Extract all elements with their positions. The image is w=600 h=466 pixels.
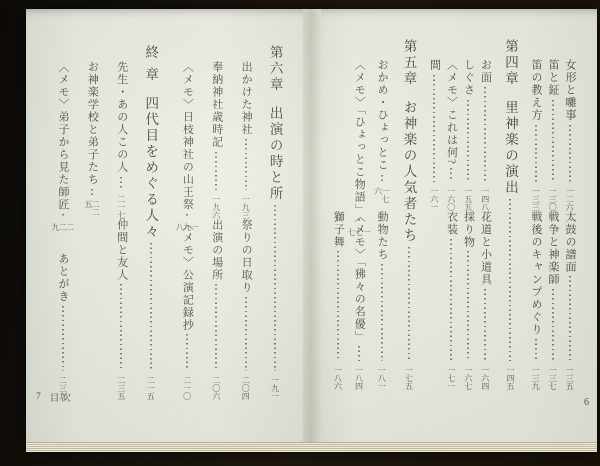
entry-title: 戦後のキャンプめぐり — [530, 211, 541, 336]
toc-column: 〈メモ〉弟子から見た師匠二二九あとがき二三九 — [52, 45, 73, 400]
right-page: 女形と囃事一二六太鼓の譜面一三五笛と鉦一三〇戦争と神楽師一三七笛の教え方一三三戦… — [321, 9, 598, 442]
entry-title: 間 — [429, 59, 440, 72]
toc-entry: あとがき二三九 — [52, 219, 73, 400]
toc-entry: 出かけた神社一九三 — [235, 45, 256, 219]
toc-entry: 奉納神社歳時記一九六 — [206, 45, 227, 219]
toc-entry: 〈メモ〉「狒々の名優」一八四 — [349, 211, 368, 390]
toc-entry: 〈メモ〉これは何?一六〇 — [446, 39, 457, 211]
chapter-label: 第六章 — [268, 45, 282, 93]
page-number: 一四八 — [481, 185, 488, 211]
page-number: 二〇四 — [242, 374, 249, 400]
toc-column: お神楽学校と弟子たち二二五 — [81, 45, 102, 400]
entry-title: 里神楽の演出 — [504, 100, 518, 196]
toc-column: 笛の教え方一三三戦後のキャンプめぐり一三九 — [530, 39, 541, 390]
upper-row: 女形と囃事一二六 — [564, 39, 575, 211]
leader-dots — [120, 284, 122, 371]
book-spread: 第六章出演の時と所一九一出かけた神社一九三祭りの日取り二〇四奉納神社歳時記一九六… — [26, 9, 597, 452]
running-head: 目次 — [50, 390, 73, 404]
entry-title: 出演の場所 — [211, 219, 222, 282]
page-number: 二三五 — [118, 374, 125, 400]
leader-dots — [552, 289, 554, 361]
upper-row: 〈メモ〉「ひょっとこ物語」一七七 — [349, 39, 368, 211]
page-number: 一三五 — [566, 364, 573, 390]
entry-title: 笛と鉦 — [547, 59, 558, 97]
lower-row: 祭りの日取り二〇四 — [235, 219, 256, 400]
leader-dots — [433, 75, 435, 182]
chapter-heading: 第五章お神楽の人気者たち一七五 — [402, 39, 416, 390]
page-number: 一三七 — [549, 364, 556, 390]
upper-row: 先生・あの人この人二一七 — [111, 45, 132, 219]
chapter-heading: 第六章出演の時と所一九一 — [264, 45, 285, 400]
leader-dots — [62, 306, 64, 371]
entry-title: 採り物 — [463, 211, 474, 249]
chapter-column: 第六章出演の時と所一九一 — [264, 45, 285, 400]
entry-title: 花道と小道具 — [480, 211, 491, 286]
page-edges — [26, 442, 597, 452]
toc-entry: 笛の教え方一三三 — [530, 39, 541, 211]
entry-title: 女形と囃事 — [564, 59, 575, 122]
entry-title: 〈メモ〉公演記録抄 — [181, 219, 192, 332]
toc-column: 獅子舞一八六 — [332, 39, 343, 390]
toc-column: 間一六一 — [429, 39, 440, 390]
upper-row: 〈メモ〉弟子から見た師匠二二九 — [52, 45, 73, 219]
entry-title: 出演の時と所 — [268, 106, 282, 202]
entry-title: 先生・あの人この人 — [116, 61, 127, 174]
entry-title: 〈メモ〉弟子から見た師匠 — [57, 61, 68, 211]
toc-entry: 太鼓の譜面一三五 — [564, 211, 575, 390]
toc-entry: 花道と小道具一六四 — [480, 211, 491, 390]
toc-entry: 〈メモ〉「ひょっとこ物語」一七七 — [349, 39, 368, 211]
entry-title: 太鼓の譜面 — [564, 211, 575, 274]
book-gutter — [303, 9, 321, 442]
toc-entry: 獅子舞一八六 — [332, 211, 343, 390]
page-number: 一九三 — [242, 193, 249, 219]
entry-title: 衣装 — [446, 211, 457, 236]
leader-dots — [569, 125, 571, 182]
leader-dots — [120, 177, 122, 190]
page-number: 一五五 — [464, 185, 471, 211]
toc-entry: お神楽学校と弟子たち二二五 — [81, 45, 102, 219]
page-number: 一九六 — [213, 193, 220, 219]
leader-dots — [91, 189, 93, 195]
leader-dots — [62, 214, 64, 218]
toc-entry: 女形と囃事一二六 — [564, 39, 575, 211]
page-number: 一八四 — [355, 364, 362, 390]
page-number: 二一五 — [147, 374, 154, 400]
leader-dots — [186, 334, 188, 371]
upper-row: 笛と鉦一三〇 — [547, 39, 558, 211]
toc-entry: 動物たち一八一 — [374, 211, 389, 390]
upper-row: 〈メモ〉これは何?一六〇 — [446, 39, 457, 211]
leader-dots — [509, 199, 511, 361]
book-photo: 第六章出演の時と所一九一出かけた神社一九三祭りの日取り二〇四奉納神社歳時記一九六… — [0, 0, 600, 466]
lower-row: 衣装一七一 — [446, 211, 457, 390]
toc-entry: 間一六一 — [429, 39, 440, 211]
toc-column: 〈メモ〉日枝神社の山王祭一九八〈メモ〉公演記録抄二一〇 — [176, 45, 197, 400]
folio-number: 6 — [584, 397, 589, 408]
page-number: 一七六 — [374, 185, 389, 211]
entry-title: 〈メモ〉「狒々の名優」 — [353, 211, 364, 343]
leader-dots — [358, 346, 360, 361]
leader-dots — [274, 205, 276, 371]
entry-title: 戦争と神楽師 — [547, 211, 558, 286]
page-number: 一六四 — [481, 364, 488, 390]
lower-row: 採り物一六七 — [463, 211, 474, 390]
lower-row: 獅子舞一八六 — [332, 211, 343, 390]
page-number: 一七五 — [405, 364, 412, 390]
open-pages: 第六章出演の時と所一九一出かけた神社一九三祭りの日取り二〇四奉納神社歳時記一九六… — [26, 9, 597, 442]
upper-row: 〈メモ〉日枝神社の山王祭一九八 — [176, 45, 197, 219]
toc-entry: 戦後のキャンプめぐり一三九 — [530, 211, 541, 390]
lower-row: 戦後のキャンプめぐり一三九 — [530, 211, 541, 390]
chapter-heading: 第四章里神楽の演出一四五 — [504, 39, 518, 390]
toc-entry: しぐさ一五五 — [463, 39, 474, 211]
toc-entry: 〈メモ〉公演記録抄二一〇 — [176, 219, 197, 400]
page-number: 一三九 — [532, 364, 539, 390]
entry-title: 四代目をめぐる人々 — [144, 96, 158, 240]
lower-row: 動物たち一八一 — [374, 211, 389, 390]
lower-row: 〈メモ〉公演記録抄二一〇 — [176, 219, 197, 400]
chapter-label: 第四章 — [504, 39, 518, 87]
entry-title: 笛の教え方 — [530, 59, 541, 122]
lower-row: 戦争と神楽師一三七 — [547, 211, 558, 390]
lower-row — [429, 211, 440, 390]
leader-dots — [484, 289, 486, 361]
leader-dots — [467, 251, 469, 361]
leader-dots — [467, 100, 469, 182]
upper-row: 奉納神社歳時記一九六 — [206, 45, 227, 219]
page-number: 一六七 — [464, 364, 471, 390]
page-number: 二一〇 — [183, 374, 190, 400]
upper-row: おかめ・ひょっとこ一七六 — [374, 39, 389, 211]
toc-column: 〈メモ〉「ひょっとこ物語」一七七〈メモ〉「狒々の名優」一八四 — [349, 39, 368, 390]
upper-row: 出かけた神社一九三 — [235, 45, 256, 219]
leader-dots — [535, 125, 537, 182]
upper-row: お面一四八 — [480, 39, 491, 211]
toc-entry: 笛と鉦一三〇 — [547, 39, 558, 211]
chapter-column: 第四章里神楽の演出一四五 — [504, 39, 518, 390]
left-page-footer: 7 目次 — [36, 390, 73, 404]
lower-row: 出演の場所二〇六 — [206, 219, 227, 400]
leader-dots — [484, 87, 486, 182]
page-number: 一六〇 — [447, 185, 454, 211]
page-number: 一三〇 — [549, 185, 556, 211]
toc-entry — [332, 39, 343, 211]
entry-title: 奉納神社歳時記 — [211, 61, 222, 149]
lower-row — [81, 219, 102, 400]
leader-dots — [215, 284, 217, 371]
entry-title: おかめ・ひょっとこ — [376, 59, 387, 172]
leader-dots — [186, 214, 188, 218]
lower-row: 仲間と友人二三五 — [111, 219, 132, 400]
entry-title: 仲間と友人 — [116, 219, 127, 282]
leader-dots — [408, 247, 410, 361]
page-number: 一二六 — [566, 185, 573, 211]
page-number: 一四五 — [507, 364, 514, 390]
page-number: 二一七 — [118, 193, 125, 219]
right-page-toc: 女形と囃事一二六太鼓の譜面一三五笛と鉦一三〇戦争と神楽師一三七笛の教え方一三三戦… — [331, 39, 576, 390]
toc-column: 笛と鉦一三〇戦争と神楽師一三七 — [547, 39, 558, 390]
upper-row — [332, 39, 343, 211]
leader-dots — [337, 251, 339, 361]
page-number: 一九一 — [271, 374, 278, 400]
toc-entry: おかめ・ひょっとこ一七六 — [374, 39, 389, 211]
entry-title: 〈メモ〉「ひょっとこ物語」 — [353, 59, 364, 216]
page-number: 一八一 — [378, 364, 385, 390]
entry-title: 祭りの日取り — [240, 219, 251, 294]
page-number: 二二五 — [84, 198, 99, 219]
toc-column: 奉納神社歳時記一九六出演の場所二〇六 — [206, 45, 227, 400]
folio-number: 7 — [36, 392, 41, 402]
chapter-heading: 終 章四代目をめぐる人々二一五 — [140, 45, 161, 400]
toc-entry: お面一四八 — [480, 39, 491, 211]
leader-dots — [245, 139, 247, 190]
leader-dots — [552, 100, 554, 182]
leader-dots — [245, 297, 247, 371]
leader-dots — [450, 239, 452, 361]
entry-title: お面 — [480, 59, 491, 84]
lower-row: 花道と小道具一六四 — [480, 211, 491, 390]
upper-row: しぐさ一五五 — [463, 39, 474, 211]
toc-entry: 採り物一六七 — [463, 211, 474, 390]
leader-dots — [450, 168, 452, 182]
leader-dots — [569, 276, 571, 361]
entry-title: 動物たち — [376, 211, 387, 261]
left-page: 第六章出演の時と所一九一出かけた神社一九三祭りの日取り二〇四奉納神社歳時記一九六… — [26, 9, 303, 442]
entry-title: 〈メモ〉日枝神社の山王祭 — [181, 61, 192, 211]
leader-dots — [215, 152, 217, 190]
leader-dots — [535, 339, 537, 361]
leader-dots — [150, 243, 152, 371]
page-number: 二二九 — [51, 221, 73, 231]
toc-entry — [429, 211, 440, 390]
page-number: 二〇六 — [213, 374, 220, 400]
page-number: 一七一 — [447, 364, 454, 390]
toc-entry — [81, 219, 102, 400]
page-number: 一八六 — [334, 364, 341, 390]
leader-dots — [381, 264, 383, 361]
toc-column: 〈メモ〉これは何?一六〇衣装一七一 — [446, 39, 457, 390]
upper-row: 間一六一 — [429, 39, 440, 211]
entry-title: お神楽の人気者たち — [402, 100, 416, 244]
toc-entry: 〈メモ〉日枝神社の山王祭一九八 — [176, 45, 197, 219]
toc-column: お面一四八花道と小道具一六四 — [480, 39, 491, 390]
leader-dots — [381, 175, 383, 183]
upper-row: 笛の教え方一三三 — [530, 39, 541, 211]
toc-entry: 仲間と友人二三五 — [111, 219, 132, 400]
toc-column: 出かけた神社一九三祭りの日取り二〇四 — [235, 45, 256, 400]
toc-entry: 衣装一七一 — [446, 211, 457, 390]
page-number: 一六一 — [430, 185, 437, 211]
entry-title: あとがき — [57, 253, 68, 303]
chapter-column: 第五章お神楽の人気者たち一七五 — [402, 39, 416, 390]
toc-entry: 戦争と神楽師一三七 — [547, 211, 558, 390]
lower-row: 〈メモ〉「狒々の名優」一八四 — [349, 211, 368, 390]
chapter-label: 終 章 — [144, 45, 158, 83]
entry-title: 出かけた神社 — [240, 61, 251, 136]
chapter-column: 終 章四代目をめぐる人々二一五 — [140, 45, 161, 400]
upper-row: お神楽学校と弟子たち二二五 — [81, 45, 102, 219]
entry-title: しぐさ — [463, 59, 474, 97]
toc-entry: 祭りの日取り二〇四 — [235, 219, 256, 400]
toc-column: 女形と囃事一二六太鼓の譜面一三五 — [564, 39, 575, 390]
toc-entry: 出演の場所二〇六 — [206, 219, 227, 400]
entry-title: お神楽学校と弟子たち — [86, 61, 97, 186]
toc-entry: 先生・あの人この人二一七 — [111, 45, 132, 219]
toc-column: 先生・あの人この人二一七仲間と友人二三五 — [111, 45, 132, 400]
left-page-toc: 第六章出演の時と所一九一出かけた神社一九三祭りの日取り二〇四奉納神社歳時記一九六… — [52, 45, 293, 400]
toc-column: しぐさ一五五採り物一六七 — [463, 39, 474, 390]
lower-row: あとがき二三九 — [52, 219, 73, 400]
chapter-label: 第五章 — [402, 39, 416, 87]
toc-entry: 〈メモ〉弟子から見た師匠二二九 — [52, 45, 73, 219]
toc-column: おかめ・ひょっとこ一七六動物たち一八一 — [374, 39, 389, 390]
page-number: 一三三 — [532, 185, 539, 211]
entry-title: 〈メモ〉これは何? — [446, 59, 457, 165]
entry-title: 獅子舞 — [332, 211, 343, 249]
lower-row: 太鼓の譜面一三五 — [564, 211, 575, 390]
